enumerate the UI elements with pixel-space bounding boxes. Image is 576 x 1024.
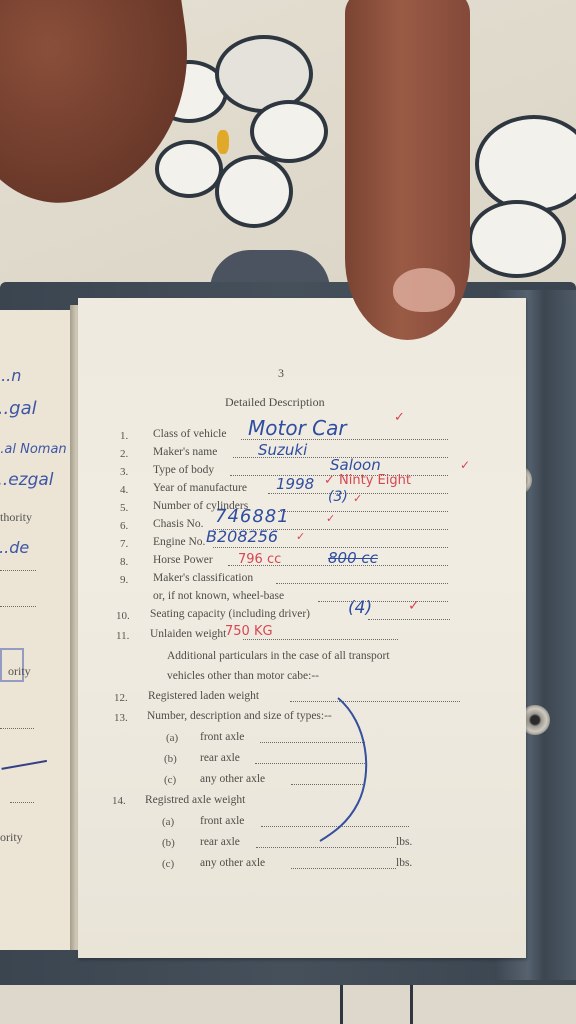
left-handwriting: ...n xyxy=(0,366,21,385)
fabric-line xyxy=(340,985,343,1024)
flower-petal xyxy=(215,155,293,228)
field-value-handwritten: 1998 xyxy=(276,475,314,493)
dotted-line xyxy=(0,606,36,607)
field-label: Year of manufacture xyxy=(153,482,247,494)
field-value-handwritten: Motor Car xyxy=(248,416,347,440)
field-label: Chasis No. xyxy=(153,518,203,530)
field-label: or, if not known, wheel-base xyxy=(153,590,284,602)
dotted-line xyxy=(10,802,34,803)
field-value-handwritten: 800 cc xyxy=(328,549,378,567)
flower-center xyxy=(217,130,229,154)
left-handwriting: ...de xyxy=(0,538,29,557)
note-text: Additional particulars in the case of al… xyxy=(167,650,390,662)
field-value-red: 750 KG xyxy=(225,624,273,639)
field-value-handwritten: (3) xyxy=(328,489,348,505)
left-handwriting: ...gal xyxy=(0,398,37,419)
right-page: 3 Detailed Description 1. Class of vehic… xyxy=(78,298,526,958)
thumbnail-nail xyxy=(393,268,455,312)
field-value-handwritten: (4) xyxy=(348,598,372,618)
field-value-handwritten: B208256 xyxy=(206,527,278,546)
left-page: ...n ...gal ...al Noman ...ezgal thority… xyxy=(0,310,76,950)
flower-petal xyxy=(468,200,566,278)
field-label: Horse Power xyxy=(153,554,213,566)
field-value-red: 796 cc xyxy=(238,552,281,567)
left-printed-text: thority xyxy=(0,510,32,525)
field-value-red: ✓ Ninty Eight xyxy=(324,473,411,488)
field-label: Seating capacity (including driver) xyxy=(150,608,310,620)
note-text: vehicles other than motor cabe:-- xyxy=(167,670,319,682)
flower-petal xyxy=(155,140,223,198)
check-mark: ✓ xyxy=(326,512,335,525)
field-value-handwritten: Suzuki xyxy=(258,441,307,459)
field-label: Registred axle weight xyxy=(145,794,245,806)
field-value-handwritten: 746881 xyxy=(215,506,290,527)
check-mark: ✓ xyxy=(353,492,362,505)
field-label: Maker's classification xyxy=(153,572,253,584)
check-mark: ✓ xyxy=(460,458,470,472)
field-label: Engine No. xyxy=(153,536,205,548)
field-label: Registered laden weight xyxy=(148,690,259,702)
page-title: Detailed Description xyxy=(225,395,325,410)
flower-petal xyxy=(250,100,328,163)
check-mark: ✓ xyxy=(394,410,405,425)
signature xyxy=(0,746,47,770)
field-label: Unlaiden weight xyxy=(150,628,226,640)
left-handwriting: ...ezgal xyxy=(0,470,54,490)
left-printed-text: ority xyxy=(0,830,23,845)
field-label: Type of body xyxy=(153,464,214,476)
check-mark: ✓ xyxy=(296,530,305,543)
pen-bracket xyxy=(308,693,388,843)
dotted-line xyxy=(0,728,34,729)
field-label: Number, description and size of types:-- xyxy=(147,710,332,722)
unit-label: lbs. xyxy=(396,836,412,848)
fabric-line xyxy=(410,985,413,1024)
field-value-handwritten: Saloon xyxy=(330,456,381,474)
unit-label: lbs. xyxy=(396,857,412,869)
dotted-line xyxy=(0,570,36,571)
check-mark: ✓ xyxy=(408,598,420,614)
left-handwriting: ...al Noman xyxy=(0,442,67,457)
left-printed-text: ority xyxy=(8,664,31,679)
page-number: 3 xyxy=(278,366,284,381)
field-label: Maker's name xyxy=(153,446,217,458)
field-label: Class of vehicle xyxy=(153,428,226,440)
fabric-bottom xyxy=(0,985,576,1024)
